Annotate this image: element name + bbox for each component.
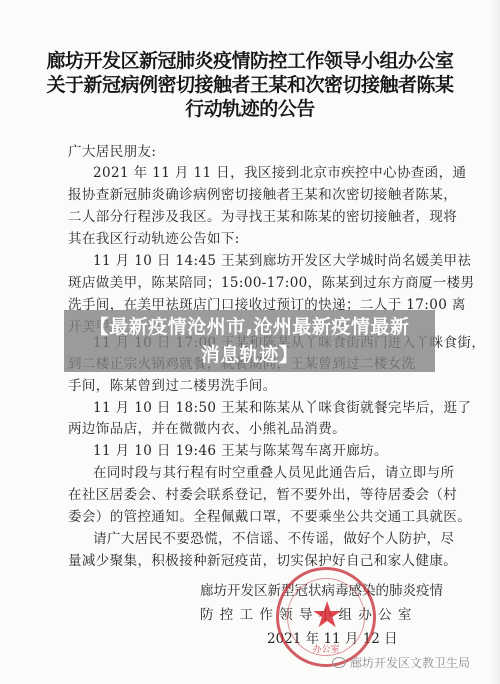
body-line: 11 月 10 日 18:50 王某和陈某从丫咪食街就餐完毕后，逛了 [93, 399, 471, 418]
body-line: 2021 年 11 月 11 日，我区接到北京市疾控中心协查函，通 [93, 164, 466, 183]
watermark: 廊坊开发区文教卫生局 [332, 654, 470, 671]
headline-line-2: 消息轨迹】 [64, 341, 435, 369]
body-line: 在同时段与其行程有时空重叠人员见此通告后，请立即与所 [93, 464, 454, 483]
headline-overlay-text: 【最新疫情沧州市,沧州最新疫情最新 消息轨迹】 [64, 313, 435, 369]
watermark-text: 廊坊开发区文教卫生局 [350, 656, 470, 670]
body-line: 在社区居委会、村委会联系登记，暂不要外出，等待居委会（村 [68, 486, 457, 505]
star-icon: ★ [311, 598, 343, 634]
body-line: 委会）的管控通知。全程佩戴口罩，不要乘坐公共交通工具就医。 [68, 508, 471, 527]
document-title-line-1: 廊坊开发区新冠肺炎疫情防控工作领导小组办公室 [0, 50, 500, 72]
body-line: 手间，陈某曾到过二楼男洗手间。 [68, 377, 277, 396]
body-line: 11 月 10 日 14:45 王某到廊坊开发区大学城时尚名媛美甲祛 [93, 252, 471, 271]
body-line: 11 月 10 日 19:46 王某与陈某驾车离开廊坊。 [93, 442, 388, 461]
document-title-line-3: 行动轨迹的公告 [0, 98, 500, 120]
headline-line-1: 【最新疫情沧州市,沧州最新疫情最新 [64, 313, 435, 341]
document-title-line-2: 关于新冠病例密切接触者王某和次密切接触者陈某 [0, 74, 500, 96]
body-line: 量减少聚集，积极接种新冠疫苗，切实保护好自己和家人健康。 [68, 552, 457, 571]
official-seal: ★ 办公室 [276, 567, 376, 667]
body-line: 报协查新冠肺炎确诊病例密切接触者王某和次密切接触者陈某， [68, 186, 457, 205]
body-line: 二人部分行程涉及我区。为寻找王某和陈某的密切接触者，现将 [68, 208, 457, 227]
body-line: 两边饰品店，并在微微内衣、小熊礼品消费。 [68, 420, 346, 439]
body-line: 斑店做美甲，陈某陪同；15:00-17:00，陈某到过东方商厦一楼男 [68, 274, 474, 293]
salutation: 广大居民朋友: [68, 143, 156, 162]
page-edge-shadow [490, 0, 500, 684]
wechat-icon [332, 657, 346, 668]
body-line: 其在我区行动轨迹公告如下: [68, 230, 240, 249]
body-line: 请广大居民不要恐慌，不信谣、不传谣，做好个人防护，尽 [93, 530, 454, 549]
